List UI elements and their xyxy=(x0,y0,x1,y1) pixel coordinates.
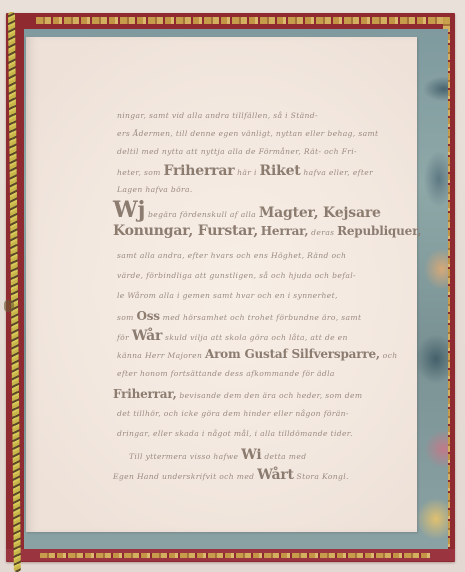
text-line: Lagen hafva böra. xyxy=(117,185,193,194)
name-arom-gustaf-silfversparre: Arom Gustaf Silfversparre, xyxy=(205,347,380,361)
text-line: Egen Hand underskrifvit och med Wårt Sto… xyxy=(113,467,349,483)
text-line: Konungar, Furstar, Herrar, deras Republi… xyxy=(113,223,421,239)
text-line: ningar, samt vid alla andra tillfällen, … xyxy=(117,111,318,120)
text-line: för Wår skuld vilja att skola göra och l… xyxy=(117,328,348,344)
title-herrar: Herrar, xyxy=(261,224,309,238)
text-line: ers Ådermen, till denne egen vänligt, ny… xyxy=(117,129,378,138)
word-wi: Wi xyxy=(241,447,261,463)
title-konungar-furstar: Konungar, Furstar, xyxy=(113,223,258,239)
text-line: känna Herr Majoren Arom Gustaf Silfversp… xyxy=(117,347,397,361)
gilt-border-top xyxy=(36,17,449,24)
title-republiquer: Republiquer, xyxy=(337,224,421,238)
text-line: efter honom fortsättande dess afkommande… xyxy=(117,369,335,378)
word-war: Wår xyxy=(132,328,162,344)
text-line: värde, förbindliga att gunstligen, så oc… xyxy=(117,271,356,280)
title-riket: Riket xyxy=(260,163,301,179)
word-wart: Wårt xyxy=(257,467,294,483)
text-line: Till yttermera visso hafwe Wi detta med xyxy=(129,447,306,463)
text-line: det tillhör, och icke göra dem hinder el… xyxy=(117,409,349,418)
title-friherrar-2: Friherrar, xyxy=(113,387,177,401)
text-line: heter, som Friherrar här i Riket hafva e… xyxy=(117,163,373,179)
text-line: som Oss med hörsamhet och trohet förbund… xyxy=(117,309,361,323)
title-magter-kejsare: Magter, Kejsare xyxy=(259,205,381,221)
text-line: samt alla andra, efter hvars och ens Hög… xyxy=(117,251,346,260)
gilt-border-bottom-inner xyxy=(40,553,430,558)
cord-knot xyxy=(4,300,14,312)
text-line: deltil med nytta att nyttja alla de Förm… xyxy=(117,147,357,156)
text-line: Wj begära fördenskull af alla Magter, Ke… xyxy=(113,197,381,223)
title-friherrar: Friherrar xyxy=(164,163,235,179)
word-oss: Oss xyxy=(137,309,160,323)
text-line: le Wårom alla i gemen samt hvar och en i… xyxy=(117,291,338,300)
text-line: dringar, eller skada i något mål, i alla… xyxy=(117,429,353,438)
text-line: Friherrar, bevisande dem den ära och hed… xyxy=(113,387,362,401)
drop-cap-wj: Wj xyxy=(113,197,145,223)
